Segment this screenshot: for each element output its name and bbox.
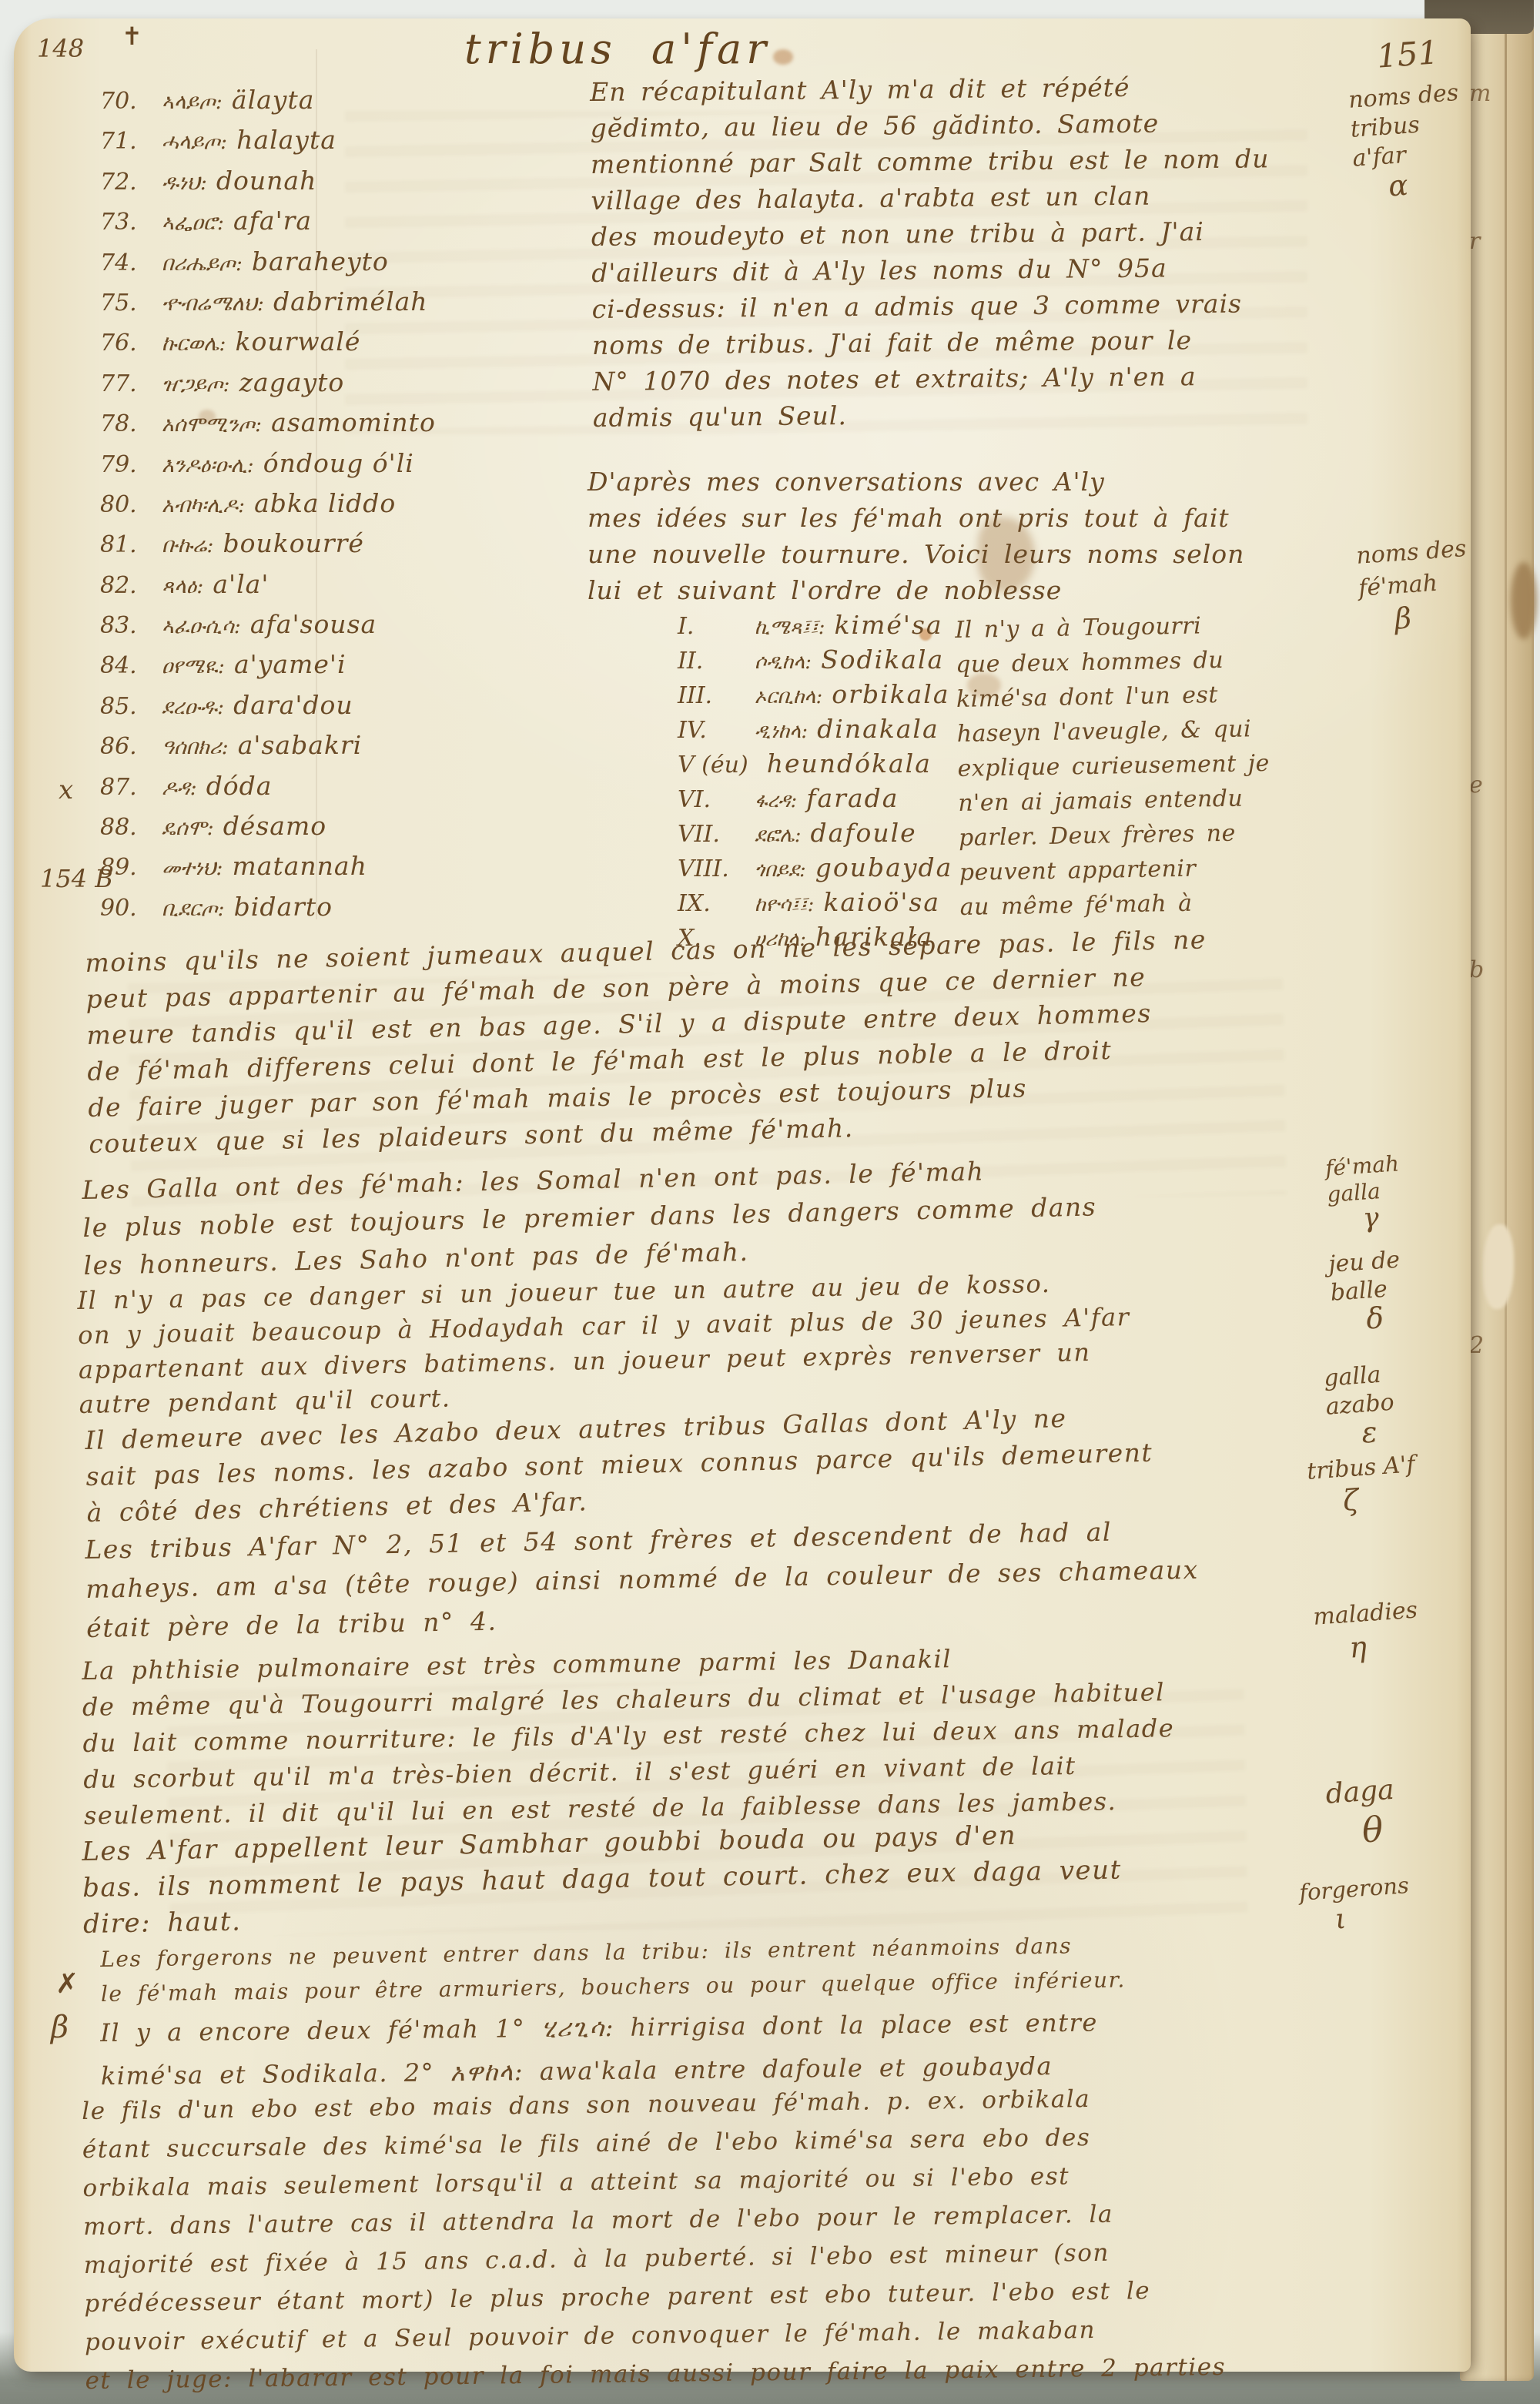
femah-name-ethiopic: ኦርቢከላ: (755, 685, 822, 709)
femah-name-transliteration: dafoule (810, 818, 916, 848)
text-line: gĕdimto, au lieu de 56 gădinto. Samote (590, 104, 1269, 146)
text-line: ci-dessus: il n'en a admis que 3 comme v… (591, 285, 1270, 327)
tribe-name-list: 70. ኣላይጦ: älayta 71. ሓላይጦ: halayta 72. ዱ… (100, 85, 436, 932)
femah-roman-numeral: IX. (678, 890, 745, 917)
femah-roman-numeral: VII. (678, 821, 745, 848)
tribe-name-ethiopic: ቡኩሬ: (162, 534, 214, 558)
ink-fragment: 2 (1469, 1332, 1484, 1359)
femah-roman-numeral: III. (678, 682, 745, 709)
tribe-list-item: 86. ዓሰበክሪ: a'sabakri (100, 730, 436, 770)
text-line: mentionné par Salt comme tribu est le no… (591, 140, 1270, 182)
left-margin-x-mark: x (59, 775, 73, 805)
tribe-number: 83. (100, 612, 152, 639)
femah-name-ethiopic: ፋረዳ: (755, 789, 797, 813)
tribe-number: 78. (100, 410, 152, 437)
femah-name-transliteration: orbikala (832, 679, 949, 709)
tribe-number: 76. (100, 330, 152, 357)
tribe-name-ethiopic: አብካ፡ሊዶ: (162, 494, 245, 518)
tribe-number: 87. (100, 774, 152, 801)
paragraph-maladies: La phthisie pulmonaire est très commune … (82, 1638, 1176, 1834)
text-line: noms de tribus. J'ai fait de même pour l… (592, 321, 1271, 363)
femah-name-ethiopic: ኪሜጻ፤፤: (755, 616, 825, 640)
stain (773, 49, 793, 65)
tribe-list-item: 80. አብካ፡ሊዶ: abka liddo (100, 488, 436, 528)
margin-note-line: α (1388, 166, 1466, 201)
paragraph-jumeaux: moins qu'ils ne soient jumeaux auquel ca… (85, 921, 1210, 1161)
tribe-number: 82. (100, 572, 152, 599)
tribe-number: 85. (100, 693, 152, 720)
text-line: village des halayta. a'rabta est un clan (591, 176, 1270, 219)
tribe-name-ethiopic: ዠጋይጦ: (162, 373, 230, 397)
page-title: tribus a'far (464, 25, 771, 73)
text-line: En récapitulant A'ly m'a dit et répété (590, 68, 1269, 110)
femah-roman-numeral: II. (678, 648, 745, 675)
paragraph-tribus-freres: Les tribus A'far N° 2, 51 et 54 sont frè… (85, 1511, 1200, 1648)
tribe-number: 80. (100, 491, 152, 518)
text-line: des moudeyto et non une tribu à part. J'… (591, 213, 1270, 255)
tribe-name-transliteration: boukourré (223, 528, 364, 558)
ink-fragment: r (1469, 228, 1480, 255)
page-crease (1505, 23, 1507, 2381)
text-line: D'après mes conversations avec A'ly (588, 464, 1244, 500)
femah-name-ethiopic: ደፎሌ: (755, 824, 801, 848)
tribe-number: 86. (100, 733, 152, 760)
femah-name-transliteration: kimé'sa (835, 610, 943, 640)
femah-list-item: VII. ደፎሌ: dafoule (678, 818, 952, 852)
tribe-list-item: 76. ኩርወሌ: kourwalé (100, 326, 436, 367)
tribe-number: 90. (100, 895, 152, 922)
tribe-name-transliteration: óndoug ó'li (263, 448, 414, 478)
tribe-name-transliteration: a'la' (213, 569, 269, 599)
femah-roman-numeral: V (éu) (678, 752, 748, 778)
text-line: n'en ai jamais entendu (958, 781, 1270, 821)
tribe-name-ethiopic: ሓላይጦ: (162, 130, 227, 155)
margin-note-tribus-af: tribus A'fζ (1306, 1449, 1418, 1518)
tribe-name-ethiopic: አሰሞሚንጦ: (162, 413, 262, 437)
femah-roman-numeral: I. (678, 613, 745, 640)
tribe-number: 88. (100, 814, 152, 841)
text-line: haseyn l'aveugle, & qui (956, 711, 1269, 752)
tribe-name-ethiopic: መተነህ: (162, 856, 223, 881)
tribe-name-ethiopic: ዴሰሞ: (162, 816, 214, 841)
tribe-name-transliteration: désamo (223, 811, 326, 841)
femah-list-item: IX. ከዮሳ፤፤: kaioö'sa (678, 887, 952, 922)
tribe-name-transliteration: matannah (233, 851, 367, 881)
tribe-number: 79. (100, 451, 152, 478)
tribe-name-ethiopic: ጻላዕ: (162, 574, 203, 599)
left-margin-cross-mark: ✗ (55, 1968, 79, 2000)
tribe-list-item: 87. ዶዳ: dóda (100, 771, 436, 811)
tribe-list-item: 90. ቢደርጦ: bidarto (100, 892, 436, 932)
femah-name-transliteration: farada (806, 783, 899, 813)
tribe-name-transliteration: kourwalé (235, 326, 360, 357)
tribe-number: 73. (100, 209, 152, 236)
tribe-number: 74. (100, 249, 152, 276)
tribe-list-item: 85. ደረዑዱ: dara'dou (100, 690, 436, 730)
tribe-name-transliteration: dóda (206, 771, 273, 801)
margin-note-line: galla (1323, 1360, 1393, 1393)
text-line: N° 1070 des notes et extraits; A'ly n'en… (592, 357, 1271, 400)
ink-blot (1511, 562, 1537, 639)
paper-chip (1483, 1224, 1514, 1309)
paragraph-galla: Les Galla ont des fé'mah: les Somal n'en… (82, 1150, 1098, 1284)
femah-name-transliteration: heundókala (767, 748, 932, 778)
text-line: explique curieusement je (957, 746, 1270, 786)
margin-note-forgerons: forgeronsι (1298, 1870, 1412, 1937)
tribe-list-item: 89. መተነህ: matannah (100, 851, 436, 891)
text-line: peuvent appartenir (959, 850, 1271, 890)
margin-note-line: γ (1362, 1203, 1404, 1232)
margin-note-line: jeu de (1327, 1246, 1401, 1279)
femah-name-ethiopic: ሶዲከላ: (755, 651, 812, 675)
tribe-name-ethiopic: ኣፈዑሲሳ: (162, 614, 241, 639)
tribe-list-item: 84. ዐየሜዪ: a'yame'i (100, 649, 436, 689)
margin-note-line: θ (1361, 1810, 1398, 1850)
margin-note-line: daga (1324, 1771, 1395, 1814)
text-line: kimé'sa dont l'un est (956, 677, 1269, 717)
tribe-number: 77. (100, 370, 152, 397)
margin-note-line: fé'mah (1324, 1150, 1400, 1182)
tribe-name-transliteration: dounah (216, 166, 316, 196)
femah-name-list: I. ኪሜጻ፤፤: kimé'sa II. ሶዲከላ: Sodikala III… (678, 610, 952, 956)
tribe-name-ethiopic: ዓሰበክሪ: (162, 735, 229, 760)
femah-list-item: VI. ፋረዳ: farada (678, 783, 952, 818)
tribe-name-transliteration: dabrimélah (273, 286, 428, 316)
femah-roman-numeral: VI. (678, 786, 745, 813)
femah-list-item: I. ኪሜጻ፤፤: kimé'sa (678, 610, 952, 645)
margin-note-line: ι (1334, 1900, 1412, 1934)
tribe-list-item: 82. ጻላዕ: a'la' (100, 569, 436, 609)
tribe-name-transliteration: halayta (236, 125, 336, 155)
margin-note-jeu-de-balle: jeu deballeδ (1327, 1246, 1404, 1336)
text-line: Il n'y a à Tougourri (955, 608, 1267, 648)
tribe-name-ethiopic: ኣላይጦ: (162, 90, 223, 115)
text-line: que deux hommes du (956, 642, 1268, 682)
tribe-list-item: 70. ኣላይጦ: älayta (100, 85, 436, 125)
tribe-name-transliteration: baraheyto (252, 246, 389, 276)
left-margin-reference: 154 B (40, 864, 113, 893)
femah-name-ethiopic: ጎበይደ: (755, 859, 806, 882)
tribe-name-ethiopic: ዱነህ: (162, 171, 207, 196)
ink-fragment: e (1469, 772, 1483, 799)
manuscript-photo: mreb2 148 ✝ tribus a'far 151 70. ኣላይጦ: ä… (0, 0, 1540, 2404)
tribe-list-item: 79. እንዶዕ፡ዑሊ: óndoug ó'li (100, 448, 436, 488)
femah-roman-numeral: VIII. (678, 855, 745, 882)
paragraph-jeu-de-balle: Il n'y a pas ce danger si un joueur tue … (77, 1265, 1131, 1422)
tribe-number: 71. (100, 128, 152, 155)
text-line: lui et suivant l'ordre de noblesse (588, 572, 1244, 608)
femah-name-ethiopic: ከዮሳ፤፤: (755, 893, 814, 917)
tribe-name-ethiopic: ዐየሜዪ: (162, 655, 225, 679)
femah-name-transliteration: Sodikala (821, 645, 944, 675)
margin-note-line: ε (1361, 1417, 1397, 1448)
tribe-name-ethiopic: በሪሔይጦ: (162, 252, 243, 276)
margin-note-line: ζ (1342, 1480, 1418, 1516)
femah-list-item: III. ኦርቢከላ: orbikala (678, 679, 952, 714)
tribe-name-ethiopic: ቢደርጦ: (162, 897, 225, 922)
tribe-list-item: 71. ሓላይጦ: halayta (100, 125, 436, 165)
tribe-name-transliteration: zagayto (239, 367, 345, 397)
tribe-name-transliteration: abka liddo (254, 488, 396, 518)
manuscript-page: 148 ✝ tribus a'far 151 70. ኣላይጦ: älayta … (14, 18, 1471, 2372)
tribe-list-item: 81. ቡኩሬ: boukourré (100, 528, 436, 568)
femah-list-item: VIII. ጎበይደ: goubayda (678, 852, 952, 887)
margin-note-line: β (1394, 598, 1472, 635)
tribe-name-transliteration: a'sabakri (238, 730, 362, 760)
paragraph-recapitulation: En récapitulant A'ly m'a dit et répétégĕ… (590, 68, 1271, 436)
text-line: admis qu'un Seul. (593, 393, 1272, 436)
tribe-name-transliteration: afa'sousa (250, 609, 377, 639)
femah-name-transliteration: dinakala (817, 714, 939, 744)
tribe-number: 75. (100, 290, 152, 316)
tribe-name-transliteration: dara'dou (233, 690, 353, 720)
adjacent-page-edge: mreb2 (1460, 23, 1534, 2381)
tribe-name-ethiopic: ዯብሬሜለህ: (162, 292, 264, 316)
paragraph-azabo: Il demeure avec les Azabo deux autres tr… (85, 1398, 1154, 1531)
text-line: parler. Deux frères ne (959, 815, 1271, 855)
paragraph-femah-comment: Il n'y a à Tougourrique deux hommes duki… (955, 608, 1272, 925)
cross-mark: ✝ (122, 22, 142, 51)
femah-list-item: V (éu) heundókala (678, 748, 952, 783)
tribe-list-item: 88. ዴሰሞ: désamo (100, 811, 436, 851)
femah-name-ethiopic: ዲነከላ: (755, 720, 808, 744)
ink-fragment: b (1469, 956, 1484, 983)
femah-list-item: IV. ዲነከላ: dinakala (678, 714, 952, 748)
tribe-list-item: 77. ዠጋይጦ: zagayto (100, 367, 436, 407)
tribe-number: 84. (100, 652, 152, 679)
tribe-list-item: 72. ዱነህ: dounah (100, 166, 436, 206)
tribe-name-ethiopic: እንዶዕ፡ዑሊ: (162, 454, 254, 478)
tribe-name-ethiopic: ዶዳ: (162, 776, 197, 801)
tribe-name-transliteration: a'yame'i (234, 649, 346, 679)
femah-name-transliteration: goubayda (815, 852, 953, 882)
page-number-right: 151 (1375, 33, 1439, 75)
tribe-list-item: 74. በሪሔይጦ: baraheyto (100, 246, 436, 286)
tribe-list-item: 73. ኣፌዐሮ: afa'ra (100, 206, 436, 246)
margin-note-line: η (1348, 1626, 1421, 1663)
tribe-list-item: 75. ዯብሬሜለህ: dabrimélah (100, 286, 436, 326)
margin-note-femah: noms desfé'mahβ (1355, 533, 1472, 638)
margin-note-maladies: maladiesη (1312, 1595, 1421, 1666)
ink-fragment: m (1469, 80, 1491, 107)
text-line: d'ailleurs dit à A'ly les noms du N° 95a (591, 249, 1270, 291)
tribe-name-transliteration: bidarto (234, 892, 333, 922)
femah-name-transliteration: kaioö'sa (823, 887, 940, 917)
margin-note-line: δ (1365, 1302, 1404, 1333)
tribe-name-transliteration: asamominto (271, 407, 436, 437)
paragraph-forgerons: Les forgerons ne peuvent entrer dans la … (100, 1927, 1126, 2011)
text-line: une nouvelle tournure. Voici leurs noms … (588, 536, 1244, 572)
tribe-list-item: 83. ኣፈዑሲሳ: afa'sousa (100, 609, 436, 649)
tribe-name-transliteration: älayta (232, 85, 314, 115)
femah-list-item: II. ሶዲከላ: Sodikala (678, 645, 952, 679)
left-margin-beta-mark: β (51, 2010, 69, 2045)
tribe-number: 72. (100, 169, 152, 196)
paragraph-ebo: le fils d'un ebo est ebo mais dans son n… (82, 2078, 1226, 2400)
margin-note-galla-azabo: gallaazaboε (1323, 1360, 1397, 1450)
tribe-list-item: 78. አሰሞሚንጦ: asamominto (100, 407, 436, 447)
page-number-left: 148 (37, 34, 84, 63)
tribe-name-ethiopic: ኣፌዐሮ: (162, 211, 224, 236)
tribe-name-ethiopic: ኩርወሌ: (162, 332, 226, 357)
paragraph-daga: Les A'far appellent leur Sambhar goubbi … (82, 1816, 1123, 1943)
margin-note-daga: dagaθ (1324, 1771, 1398, 1853)
text-line: mes idées sur les fé'mah ont pris tout à… (588, 500, 1244, 536)
paragraph-conversations: D'après mes conversations avec A'lymes i… (588, 464, 1244, 608)
margin-note-femah-galla: fé'mahgallaγ (1324, 1150, 1404, 1234)
tribe-name-transliteration: afa'ra (233, 206, 312, 236)
tribe-number: 81. (100, 531, 152, 558)
tribe-number: 70. (100, 88, 152, 115)
margin-note-tribus-afar: noms destribusa'farα (1347, 79, 1465, 203)
tribe-name-ethiopic: ደረዑዱ: (162, 695, 224, 720)
femah-roman-numeral: IV. (678, 717, 745, 744)
text-line: au même fé'mah à (959, 885, 1272, 925)
